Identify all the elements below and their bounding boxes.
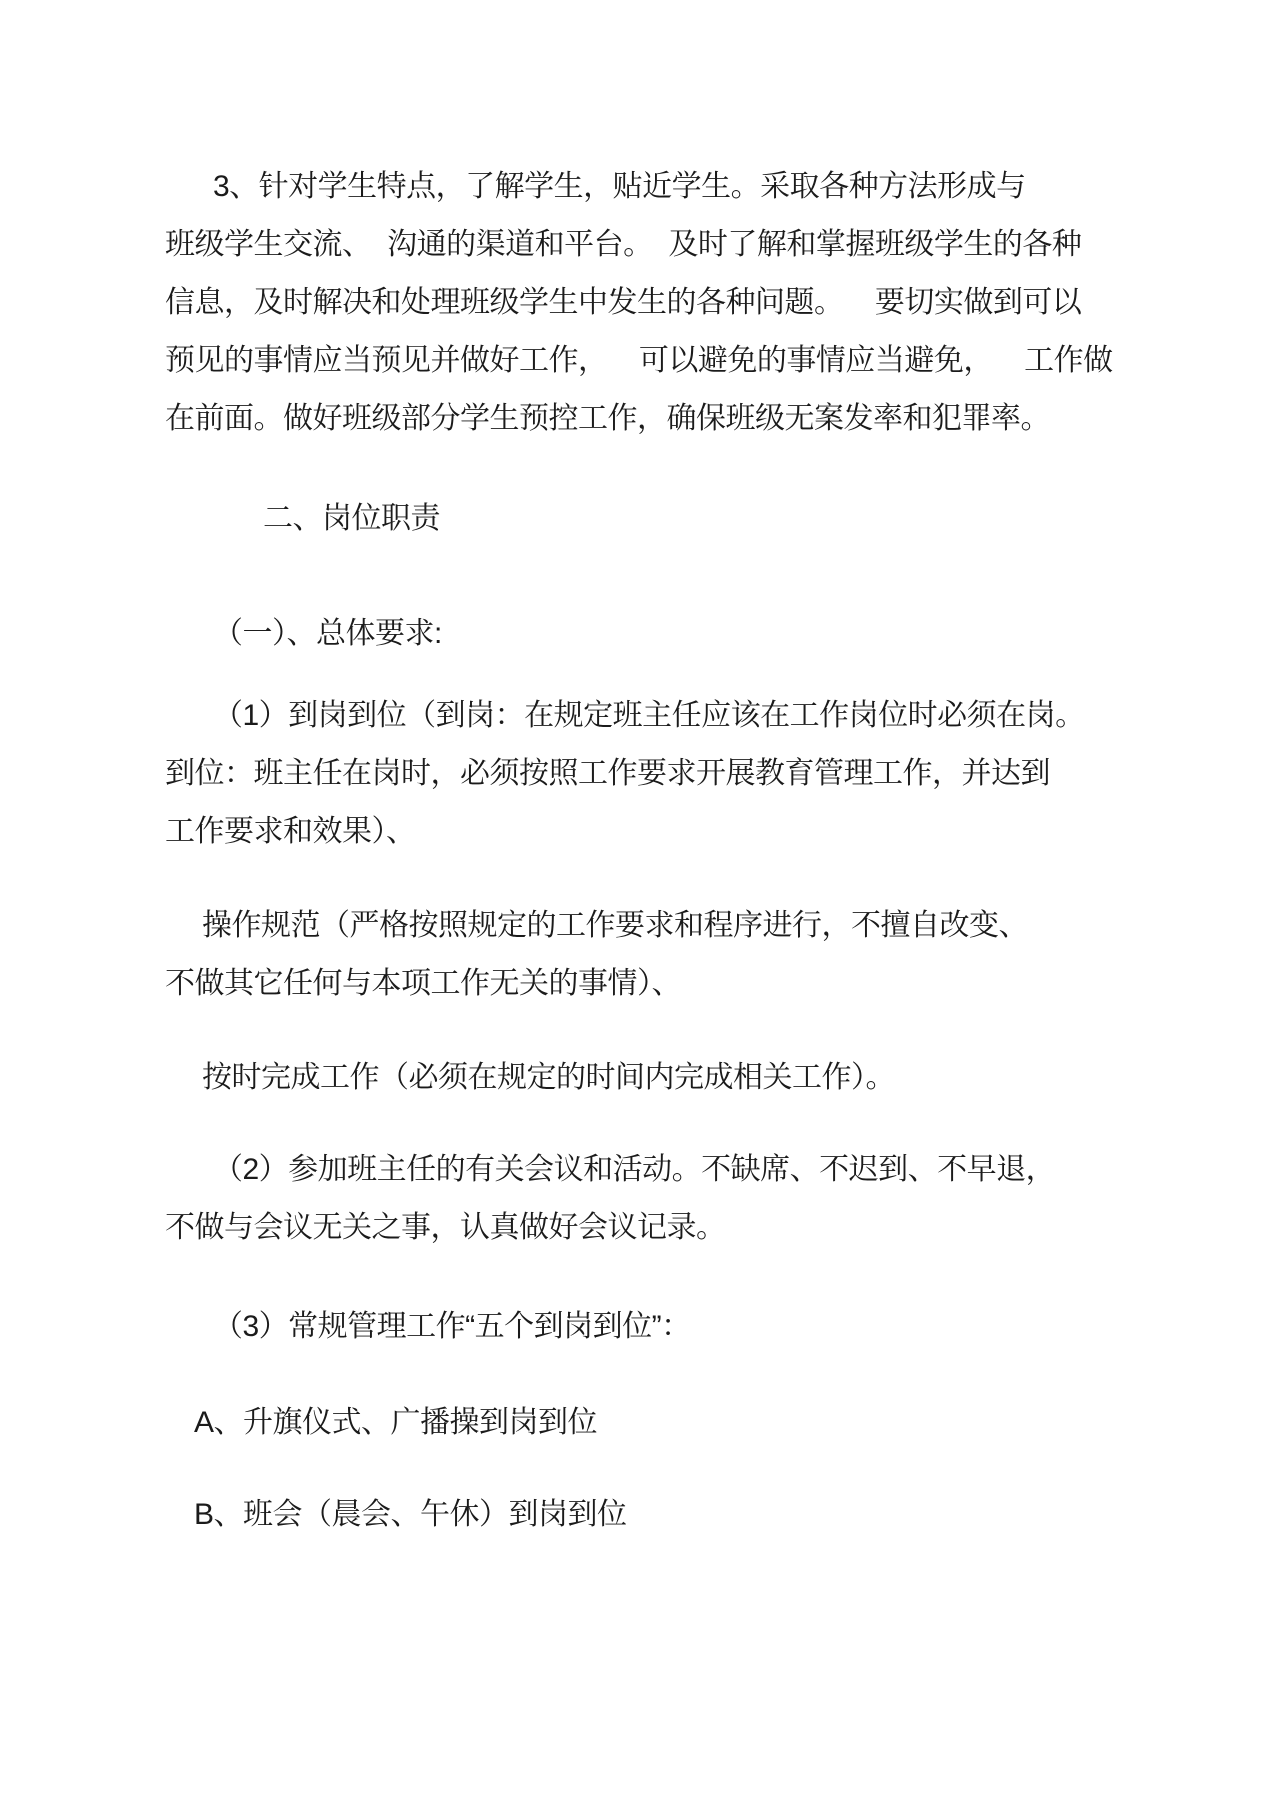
text-line: 到位：班主任在岗时，必须按照工作要求开展教育管理工作，并达到: [165, 745, 1134, 803]
paragraph-requirement-timely-completion: 按时完成工作（必须在规定的时间内完成相关工作）。: [165, 1049, 1134, 1107]
paragraph-requirement-3-routine: （3）常规管理工作“五个到岗到位”：: [165, 1298, 1134, 1356]
text-line: 班级学生交流、 沟通的渠道和平台。 及时了解和掌握班级学生的各种: [165, 216, 1134, 274]
text-line: A、升旗仪式、广播操到岗到位: [165, 1394, 1134, 1452]
text-line: （2）参加班主任的有关会议和活动。不缺席、不迟到、不早退，: [165, 1141, 1134, 1199]
text-line: 信息，及时解决和处理班级学生中发生的各种问题。 要切实做到可以: [165, 274, 1134, 332]
text-line: 工作要求和效果）、: [165, 803, 1134, 861]
text-line: 在前面。做好班级部分学生预控工作，确保班级无案发率和犯罪率。: [165, 390, 1134, 448]
subsection-heading-text: （一）、总体要求:: [165, 605, 1134, 663]
text-line: 不做其它任何与本项工作无关的事情）、: [165, 955, 1134, 1013]
subsection-heading-overall-requirements: （一）、总体要求:: [165, 605, 1134, 663]
text-line: 按时完成工作（必须在规定的时间内完成相关工作）。: [165, 1049, 1134, 1107]
section-heading-text: 二、岗位职责: [165, 490, 1134, 548]
section-heading-duties: 二、岗位职责: [165, 490, 1134, 548]
paragraph-requirement-1-attendance: （1）到岗到位（到岗：在规定班主任应该在工作岗位时必须在岗。 到位：班主任在岗时…: [165, 687, 1134, 861]
list-item-b-class-meeting: B、班会（晨会、午休）到岗到位: [165, 1486, 1134, 1544]
paragraph-requirement-2-meetings: （2）参加班主任的有关会议和活动。不缺席、不迟到、不早退， 不做与会议无关之事，…: [165, 1141, 1134, 1257]
text-line: 操作规范（严格按照规定的工作要求和程序进行，不擅自改变、: [165, 897, 1134, 955]
paragraph-student-engagement: 3、针对学生特点，了解学生，贴近学生。采取各种方法形成与 班级学生交流、 沟通的…: [165, 158, 1134, 448]
paragraph-requirement-operation-standards: 操作规范（严格按照规定的工作要求和程序进行，不擅自改变、 不做其它任何与本项工作…: [165, 897, 1134, 1013]
text-line: 预见的事情应当预见并做好工作， 可以避免的事情应当避免， 工作做: [165, 332, 1134, 390]
text-line: B、班会（晨会、午休）到岗到位: [165, 1486, 1134, 1544]
text-line: 3、针对学生特点，了解学生，贴近学生。采取各种方法形成与: [165, 158, 1134, 216]
list-item-a-flag-ceremony: A、升旗仪式、广播操到岗到位: [165, 1394, 1134, 1452]
text-line: （3）常规管理工作“五个到岗到位”：: [165, 1298, 1134, 1356]
text-line: （1）到岗到位（到岗：在规定班主任应该在工作岗位时必须在岗。: [165, 687, 1134, 745]
text-line: 不做与会议无关之事，认真做好会议记录。: [165, 1199, 1134, 1257]
document-page: 3、针对学生特点，了解学生，贴近学生。采取各种方法形成与 班级学生交流、 沟通的…: [0, 0, 1274, 1804]
